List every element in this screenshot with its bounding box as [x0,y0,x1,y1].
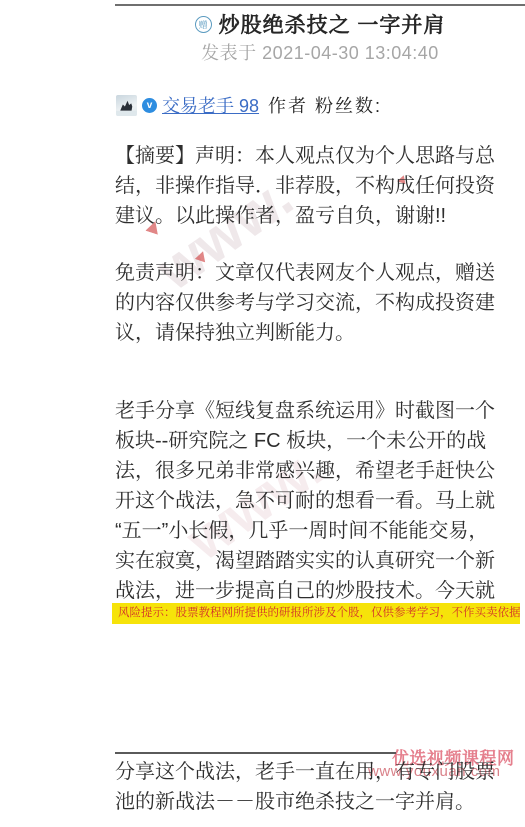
text-line: 结，非操作指导．非荐股，不构成任何投资 [115,171,523,201]
gift-badge-icon: 赠 [195,16,212,33]
text-line: 老手分享《短线复盘系统运用》时截图一个 [115,396,523,426]
text-line: 免责声明：文章仅代表网友个人观点，赠送 [115,258,523,288]
body-paragraph: 老手分享《短线复盘系统运用》时截图一个 板块--研究院之 FC 板块，一个未公开… [115,396,523,606]
text-line: 法，很多兄弟非常感兴趣，希望老手赶快公 [115,456,523,486]
text-line: 建议。以此操作者，盈亏自负，谢谢!! [115,201,523,231]
author-avatar [116,95,137,116]
text-line: 议，请保持独立判断能力。 [115,318,523,348]
text-line: 的内容仅供参考与学习交流，不构成投资建 [115,288,523,318]
summary-paragraph: 【摘要】声明：本人观点仅为个人思路与总 结，非操作指导．非荐股，不构成任何投资 … [115,141,523,231]
gift-badge-glyph: 赠 [199,18,208,31]
bottom-divider [115,752,396,754]
publish-date: 发表于 2021-04-30 13:04:40 [115,39,525,65]
verified-glyph: v [147,100,153,111]
author-meta: 作者 粉丝数: [268,92,382,118]
wolf-avatar-image [116,95,137,116]
article-page: 赠 炒股绝杀技之 一字并肩 发表于 2021-04-30 13:04:40 v … [0,0,525,827]
verified-badge-icon: v [142,98,157,113]
author-link[interactable]: 交易老手 98 [162,92,259,118]
risk-notice-banner: 风险提示：股票教程网所提供的研报所涉及个股，仅供参考学习，不作买卖依据! [112,603,520,624]
text-line: 开这个战法，急不可耐的想看一看。马上就 [115,486,523,516]
text-line: 【摘要】声明：本人观点仅为个人思路与总 [115,141,523,171]
disclaimer-paragraph: 免责声明：文章仅代表网友个人观点，赠送 的内容仅供参考与学习交流，不构成投资建 … [115,258,523,348]
closing-paragraph: 分享这个战法，老手一直在用，有专门股票 池的新战法－－股市绝杀技之一字并肩。 [115,757,523,817]
author-row: v 交易老手 98 作者 粉丝数: [116,92,520,118]
text-line: 实在寂寞，渴望踏踏实实的认真研究一个新 [115,546,523,576]
text-line: 板块--研究院之 FC 板块，一个未公开的战 [115,426,523,456]
text-line: 战法，进一步提高自己的炒股技术。今天就 [115,576,523,606]
text-line: 分享这个战法，老手一直在用，有专门股票 [115,757,523,787]
page-title: 炒股绝杀技之 一字并肩 [219,9,446,39]
text-line: “五一”小长假，几乎一周时间不能能交易， [115,516,523,546]
text-line: 池的新战法－－股市绝杀技之一字并肩。 [115,787,523,817]
article-title-row: 赠 炒股绝杀技之 一字并肩 [115,9,525,39]
top-divider [115,4,525,6]
